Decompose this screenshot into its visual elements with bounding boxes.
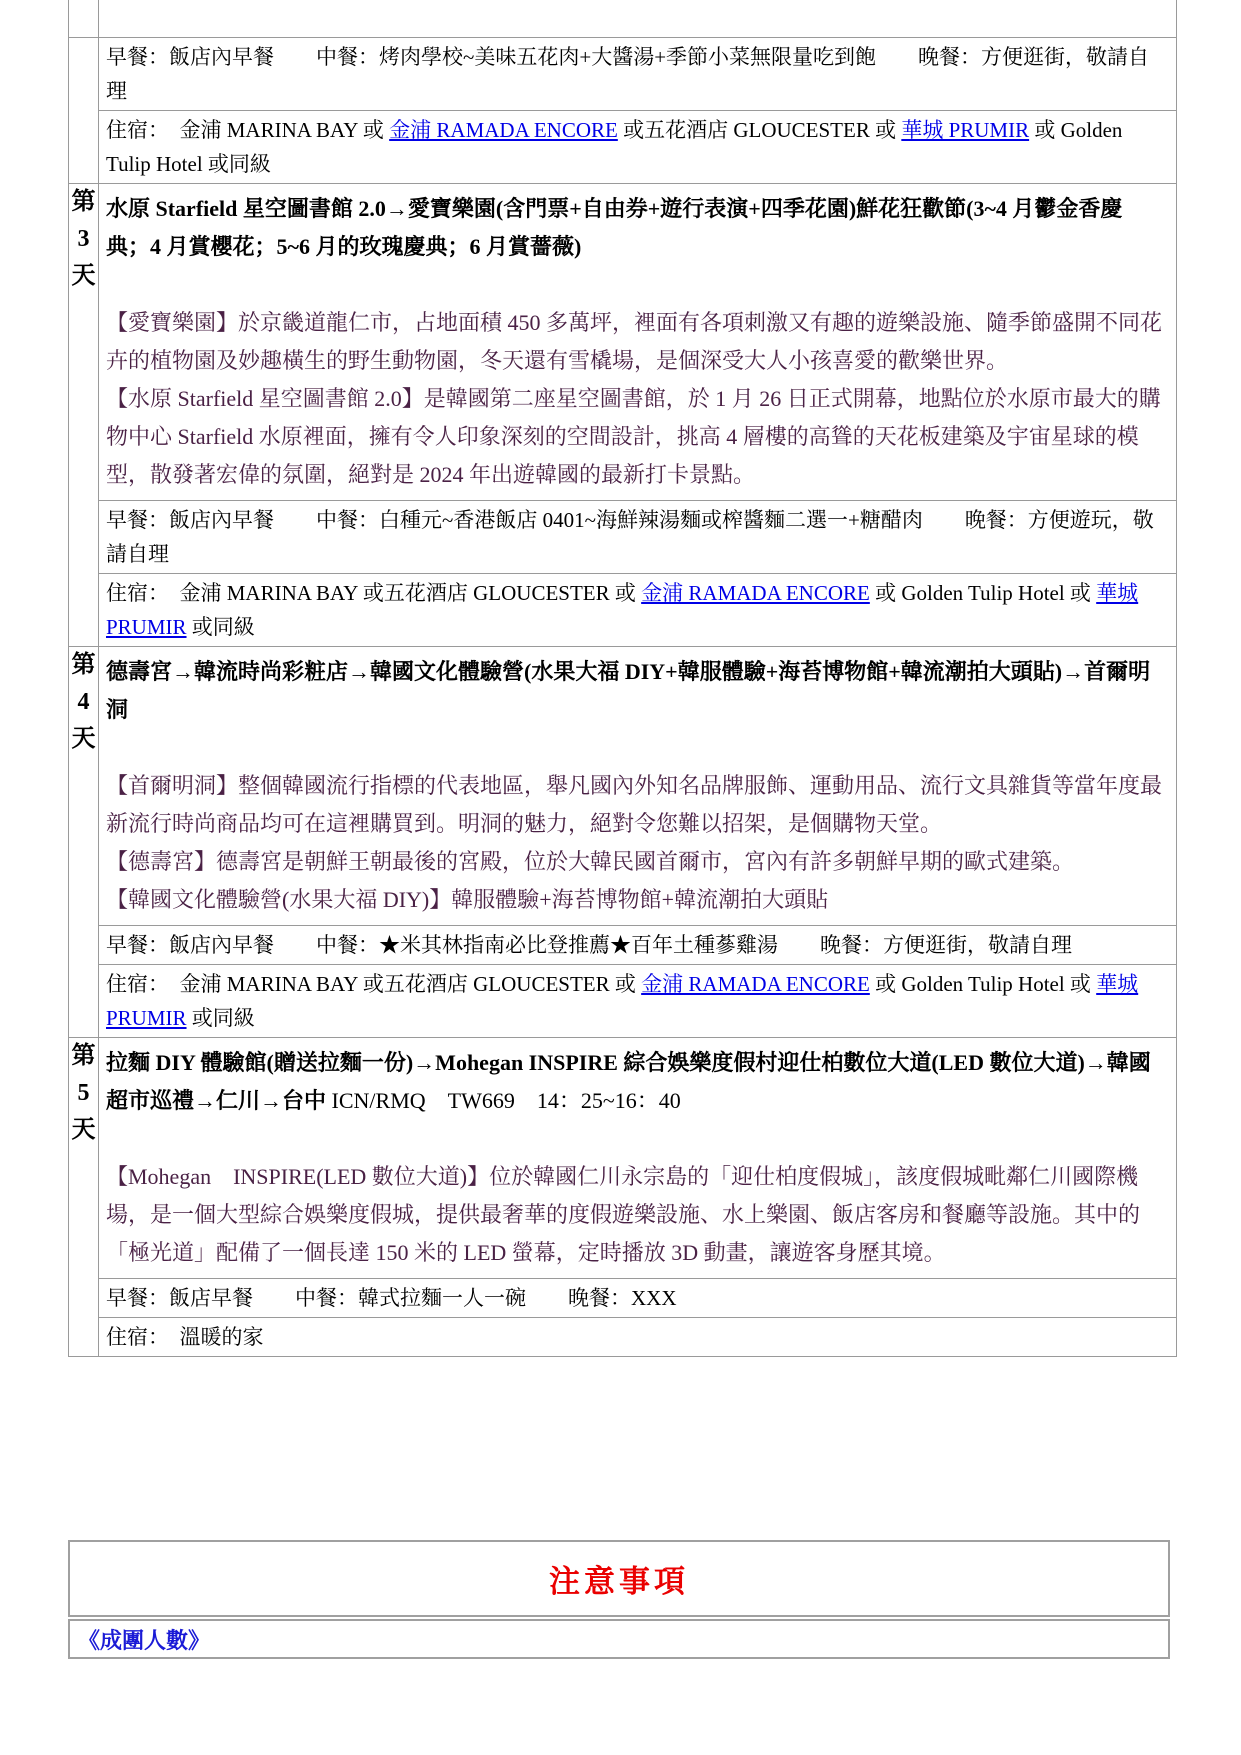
hotel-link[interactable]: 金浦 RAMADA ENCORE [641, 972, 870, 996]
lodging-text: 住宿： 溫暖的家 [106, 1325, 264, 1349]
day-description: 【愛寶樂園】於京畿道龍仁市，占地面積 450 多萬坪，裡面有各項刺激又有趣的遊樂… [106, 304, 1166, 380]
lodging-text: 或同級 [187, 1006, 255, 1030]
day-content-cell: 水原 Starfield 星空圖書館 2.0→愛寶樂園(含門票+自由券+遊行表演… [99, 184, 1177, 501]
day-label-char: 第 [69, 184, 98, 221]
hotel-link[interactable]: 金浦 RAMADA ENCORE [389, 118, 618, 142]
day-title: 德壽宮→韓流時尚彩粧店→韓國文化體驗營(水果大福 DIY+韓服體驗+海苔博物館+… [106, 653, 1166, 729]
hotel-link[interactable]: 華城 PRUMIR [901, 118, 1029, 142]
meals-cell: 早餐：飯店內早餐 中餐：★米其林指南必比登推薦★百年土種蔘雞湯 晚餐：方便逛街，… [99, 926, 1177, 965]
lodging-cell: 住宿： 溫暖的家 [99, 1318, 1177, 1357]
day-label-cut [69, 38, 99, 184]
meals-cell: 早餐：飯店內早餐 中餐：烤肉學校~美味五花肉+大醬湯+季節小菜無限量吃到飽 晚餐… [99, 38, 1177, 111]
day-title-text: 水原 Starfield 星空圖書館 2.0→愛寶樂園(含門票+自由券+遊行表演… [106, 196, 1122, 259]
day-title: 水原 Starfield 星空圖書館 2.0→愛寶樂園(含門票+自由券+遊行表演… [106, 190, 1166, 266]
day-column-border-stub [98, 0, 99, 37]
day-title: 拉麵 DIY 體驗館(贈送拉麵一份)→Mohegan INSPIRE 綜合娛樂度… [106, 1044, 1166, 1120]
itinerary-table: 早餐：飯店內早餐 中餐：烤肉學校~美味五花肉+大醬湯+季節小菜無限量吃到飽 晚餐… [68, 37, 1177, 1357]
lodging-text: 住宿： 金浦 MARINA BAY 或 [106, 118, 389, 142]
day-title-text: 德壽宮→韓流時尚彩粧店→韓國文化體驗營(水果大福 DIY+韓服體驗+海苔博物館+… [106, 659, 1150, 722]
day-content-cell: 拉麵 DIY 體驗館(贈送拉麵一份)→Mohegan INSPIRE 綜合娛樂度… [99, 1038, 1177, 1279]
day-label-char: 第 [69, 1038, 98, 1075]
lodging-text: 或 Golden Tulip Hotel 或 [870, 581, 1096, 605]
spacer-line [106, 729, 1166, 767]
day-description: 【德壽宮】德壽宮是朝鮮王朝最後的宮殿，位於大韓民國首爾市，宮內有許多朝鮮早期的歐… [106, 843, 1166, 881]
day-label-char: 天 [69, 258, 98, 295]
lodging-text: 或同級 [187, 615, 255, 639]
day-label: 第5天 [69, 1038, 99, 1357]
day-content-cell: 德壽宮→韓流時尚彩粧店→韓國文化體驗營(水果大福 DIY+韓服體驗+海苔博物館+… [99, 647, 1177, 926]
lodging-text: 住宿： 金浦 MARINA BAY 或五花酒店 GLOUCESTER 或 [106, 972, 641, 996]
lodging-cell: 住宿： 金浦 MARINA BAY 或五花酒店 GLOUCESTER 或 金浦 … [99, 574, 1177, 647]
notice-section: 注意事項 [68, 1540, 1170, 1617]
day-label-char: 第 [69, 647, 98, 684]
day-title-text: ICN/RMQ TW669 14：25~16：40 [332, 1088, 681, 1113]
day-label: 第3天 [69, 184, 99, 647]
day-label-char: 5 [69, 1075, 98, 1112]
day-label-char: 4 [69, 684, 98, 721]
meals-cell: 早餐：飯店內早餐 中餐：白種元~香港飯店 0401~海鮮辣湯麵或榨醬麵二選一+糖… [99, 501, 1177, 574]
lodging-cell: 住宿： 金浦 MARINA BAY 或五花酒店 GLOUCESTER 或 金浦 … [99, 965, 1177, 1038]
itinerary-page: 早餐：飯店內早餐 中餐：烤肉學校~美味五花肉+大醬湯+季節小菜無限量吃到飽 晚餐… [0, 0, 1241, 1755]
day-label-char: 3 [69, 221, 98, 258]
table-right-border-stub [1176, 0, 1177, 37]
meals-cell: 早餐：飯店早餐 中餐：韓式拉麵一人一碗 晚餐：XXX [99, 1279, 1177, 1318]
lodging-text: 或五花酒店 GLOUCESTER 或 [618, 118, 902, 142]
table-left-border-stub [68, 0, 69, 37]
day-label: 第4天 [69, 647, 99, 1038]
day-description: 【Mohegan INSPIRE(LED 數位大道)】位於韓國仁川永宗島的「迎仕… [106, 1158, 1166, 1272]
hotel-link[interactable]: 金浦 RAMADA ENCORE [641, 581, 870, 605]
spacer-line [106, 266, 1166, 304]
group-size-heading: 《成團人數》 [70, 1624, 210, 1655]
day-description: 【首爾明洞】整個韓國流行指標的代表地區，舉凡國內外知名品牌服飾、運動用品、流行文… [106, 767, 1166, 843]
lodging-text: 或 Golden Tulip Hotel 或 [870, 972, 1096, 996]
spacer-line [106, 1120, 1166, 1158]
day-description: 【水原 Starfield 星空圖書館 2.0】是韓國第二座星空圖書館，於 1 … [106, 380, 1166, 494]
day-label-char: 天 [69, 1112, 98, 1149]
lodging-text: 住宿： 金浦 MARINA BAY 或五花酒店 GLOUCESTER 或 [106, 581, 641, 605]
day-label-char: 天 [69, 721, 98, 758]
lodging-cell: 住宿： 金浦 MARINA BAY 或 金浦 RAMADA ENCORE 或五花… [99, 111, 1177, 184]
day-description: 【韓國文化體驗營(水果大福 DIY)】韓服體驗+海苔博物館+韓流潮拍大頭貼 [106, 881, 1166, 919]
notice-title: 注意事項 [549, 1556, 689, 1601]
group-size-section: 《成團人數》 [68, 1619, 1170, 1659]
